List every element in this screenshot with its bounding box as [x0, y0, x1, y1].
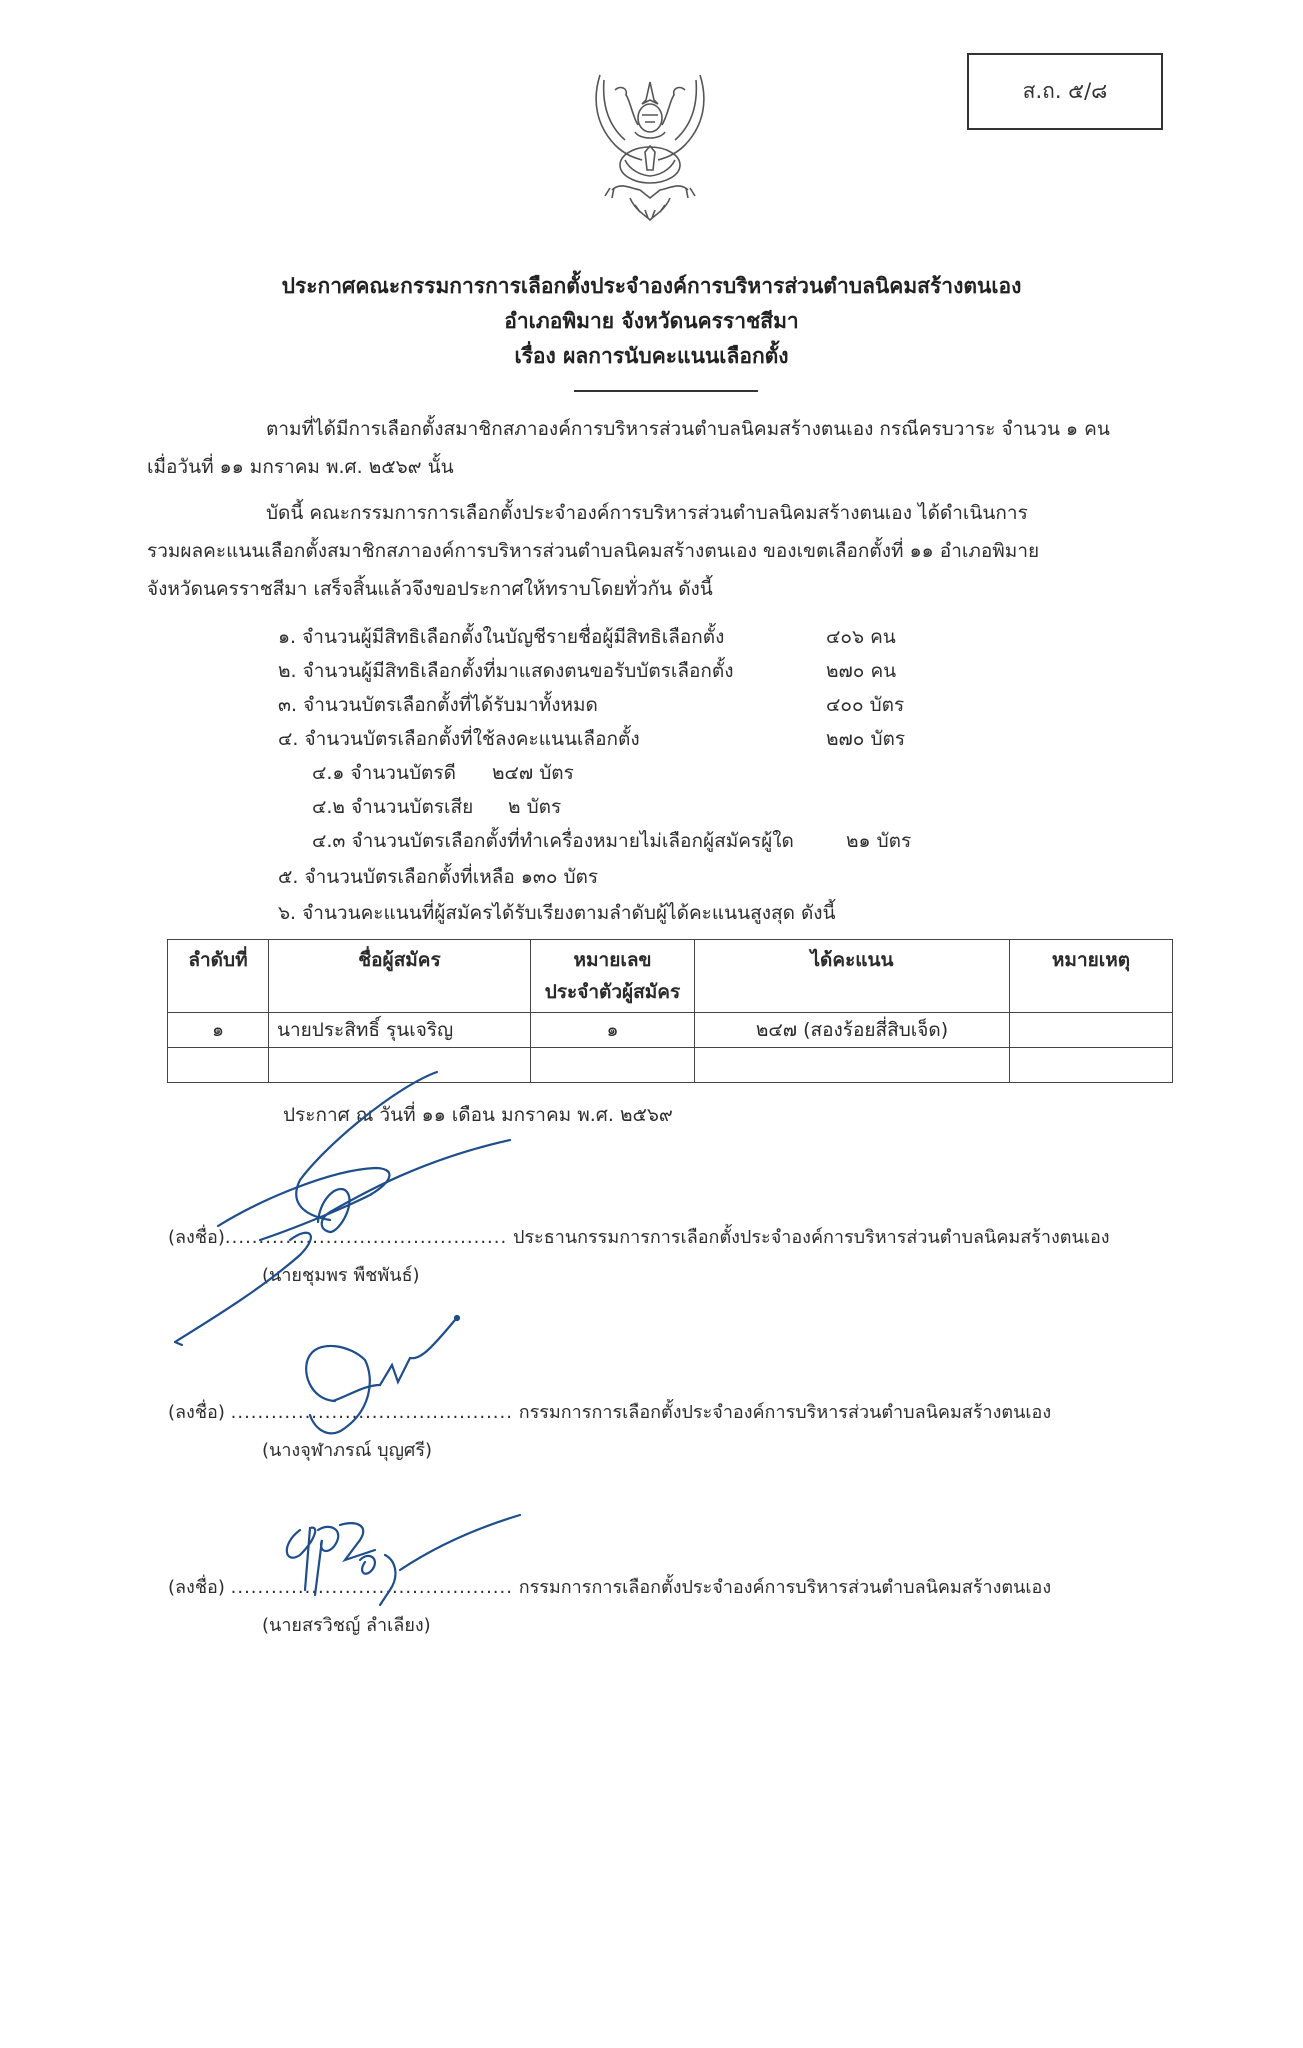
- item-5: ๕. จำนวนบัตรเลือกตั้งที่เหลือ ๑๓๐ บัตร: [278, 862, 598, 892]
- announcement-date: ประกาศ ณ วันที่ ๑๑ เดือน มกราคม พ.ศ. ๒๕๖…: [283, 1100, 673, 1130]
- cell-note: [1010, 1048, 1173, 1083]
- intro-paragraph-2-line-1: บัดนี้ คณะกรรมการการเลือกตั้งประจำองค์กา…: [266, 498, 1028, 528]
- title-divider: [574, 390, 758, 392]
- results-table: ลำดับที่ ชื่อผู้สมัคร หมายเลข ประจำตัวผู…: [167, 939, 1173, 1083]
- cell-note: [1010, 1013, 1173, 1048]
- signature-3-name: (นายสรวิชญ์ ลำเลียง): [262, 1610, 431, 1639]
- item-1-value: ๔๐๖ คน: [826, 622, 896, 652]
- intro-paragraph-1-line-1: ตามที่ได้มีการเลือกตั้งสมาชิกสภาองค์การบ…: [266, 414, 1110, 444]
- cell-candidate-number: [531, 1048, 695, 1083]
- item-6: ๖. จำนวนคะแนนที่ผู้สมัครได้รับเรียงตามลำ…: [278, 898, 836, 928]
- item-3-label: ๓. จำนวนบัตรเลือกตั้งที่ได้รับมาทั้งหมด: [278, 690, 598, 720]
- subitem-4-1-value: ๒๔๗ บัตร: [492, 758, 574, 788]
- garuda-emblem-icon: [590, 70, 710, 230]
- item-2-value: ๒๗๐ คน: [826, 656, 896, 686]
- signature-3-dots: ........................................…: [231, 1577, 513, 1598]
- intro-paragraph-1-line-2: เมื่อวันที่ ๑๑ มกราคม พ.ศ. ๒๕๖๙ นั้น: [147, 452, 454, 482]
- subitem-4-3-label: ๔.๓ จำนวนบัตรเลือกตั้งที่ทำเครื่องหมายไม…: [312, 826, 794, 856]
- cell-candidate-name: นายประสิทธิ์ รุนเจริญ: [269, 1013, 531, 1048]
- cell-rank: [168, 1048, 269, 1083]
- announcement-location: อำเภอพิมาย จังหวัดนครราชสีมา: [0, 305, 1303, 338]
- cell-candidate-name: [269, 1048, 531, 1083]
- subitem-4-3-value: ๒๑ บัตร: [846, 826, 911, 856]
- table-row: ๑ นายประสิทธิ์ รุนเจริญ ๑ ๒๔๗ (สองร้อยสี…: [168, 1013, 1173, 1048]
- item-3-value: ๔๐๐ บัตร: [826, 690, 904, 720]
- cell-candidate-number: ๑: [531, 1013, 695, 1048]
- header-note: หมายเหตุ: [1010, 940, 1173, 1013]
- header-candidate-number: หมายเลข ประจำตัวผู้สมัคร: [531, 940, 695, 1013]
- document-code-box: ส.ถ. ๕/๘: [967, 53, 1163, 130]
- signature-2-position: กรรมการการเลือกตั้งประจำองค์การบริหารส่ว…: [519, 1402, 1051, 1423]
- signature-3-line: (ลงชื่อ) ...............................…: [168, 1572, 1051, 1601]
- signature-1-prefix: (ลงชื่อ): [168, 1227, 225, 1248]
- signature-1-position: ประธานกรรมการการเลือกตั้งประจำองค์การบริ…: [513, 1227, 1110, 1248]
- intro-paragraph-2-line-3: จังหวัดนครราชสีมา เสร็จสิ้นแล้วจึงขอประก…: [147, 574, 713, 604]
- table-row: [168, 1048, 1173, 1083]
- header-rank: ลำดับที่: [168, 940, 269, 1013]
- subitem-4-2-value: ๒ บัตร: [508, 792, 561, 822]
- announcement-title: ประกาศคณะกรรมการการเลือกตั้งประจำองค์การ…: [0, 270, 1303, 303]
- signature-2-dots: ........................................…: [231, 1402, 513, 1423]
- header-candidate-name: ชื่อผู้สมัคร: [269, 940, 531, 1013]
- signature-3-position: กรรมการการเลือกตั้งประจำองค์การบริหารส่ว…: [519, 1577, 1051, 1598]
- intro-paragraph-2-line-2: รวมผลคะแนนเลือกตั้งสมาชิกสภาองค์การบริหา…: [147, 536, 1039, 566]
- announcement-subject: เรื่อง ผลการนับคะแนนเลือกตั้ง: [0, 340, 1303, 373]
- document-code: ส.ถ. ๕/๘: [1023, 75, 1108, 108]
- signature-1-line: (ลงชื่อ)................................…: [168, 1222, 1110, 1251]
- signature-2-line: (ลงชื่อ) ...............................…: [168, 1397, 1051, 1426]
- subitem-4-2-label: ๔.๒ จำนวนบัตรเสีย: [312, 792, 473, 822]
- signature-1-dots: ........................................…: [225, 1227, 507, 1248]
- item-4-label: ๔. จำนวนบัตรเลือกตั้งที่ใช้ลงคะแนนเลือกต…: [278, 724, 640, 754]
- cell-score: [695, 1048, 1010, 1083]
- item-4-value: ๒๗๐ บัตร: [826, 724, 905, 754]
- header-candidate-number-line-1: หมายเลข: [539, 944, 686, 976]
- signature-2-name: (นางจุฬาภรณ์ บุญศรี): [262, 1435, 432, 1464]
- header-candidate-number-line-2: ประจำตัวผู้สมัคร: [539, 976, 686, 1008]
- item-2-label: ๒. จำนวนผู้มีสิทธิเลือกตั้งที่มาแสดงตนขอ…: [278, 656, 734, 686]
- signature-2-prefix: (ลงชื่อ): [168, 1402, 225, 1423]
- header-score: ได้คะแนน: [695, 940, 1010, 1013]
- cell-rank: ๑: [168, 1013, 269, 1048]
- signature-1-name: (นายชุมพร พืชพันธ์): [262, 1260, 420, 1289]
- signature-3-prefix: (ลงชื่อ): [168, 1577, 225, 1598]
- subitem-4-1-label: ๔.๑ จำนวนบัตรดี: [312, 758, 456, 788]
- item-1-label: ๑. จำนวนผู้มีสิทธิเลือกตั้งในบัญชีรายชื่…: [278, 622, 724, 652]
- table-header-row: ลำดับที่ ชื่อผู้สมัคร หมายเลข ประจำตัวผู…: [168, 940, 1173, 1013]
- cell-score: ๒๔๗ (สองร้อยสี่สิบเจ็ด): [695, 1013, 1010, 1048]
